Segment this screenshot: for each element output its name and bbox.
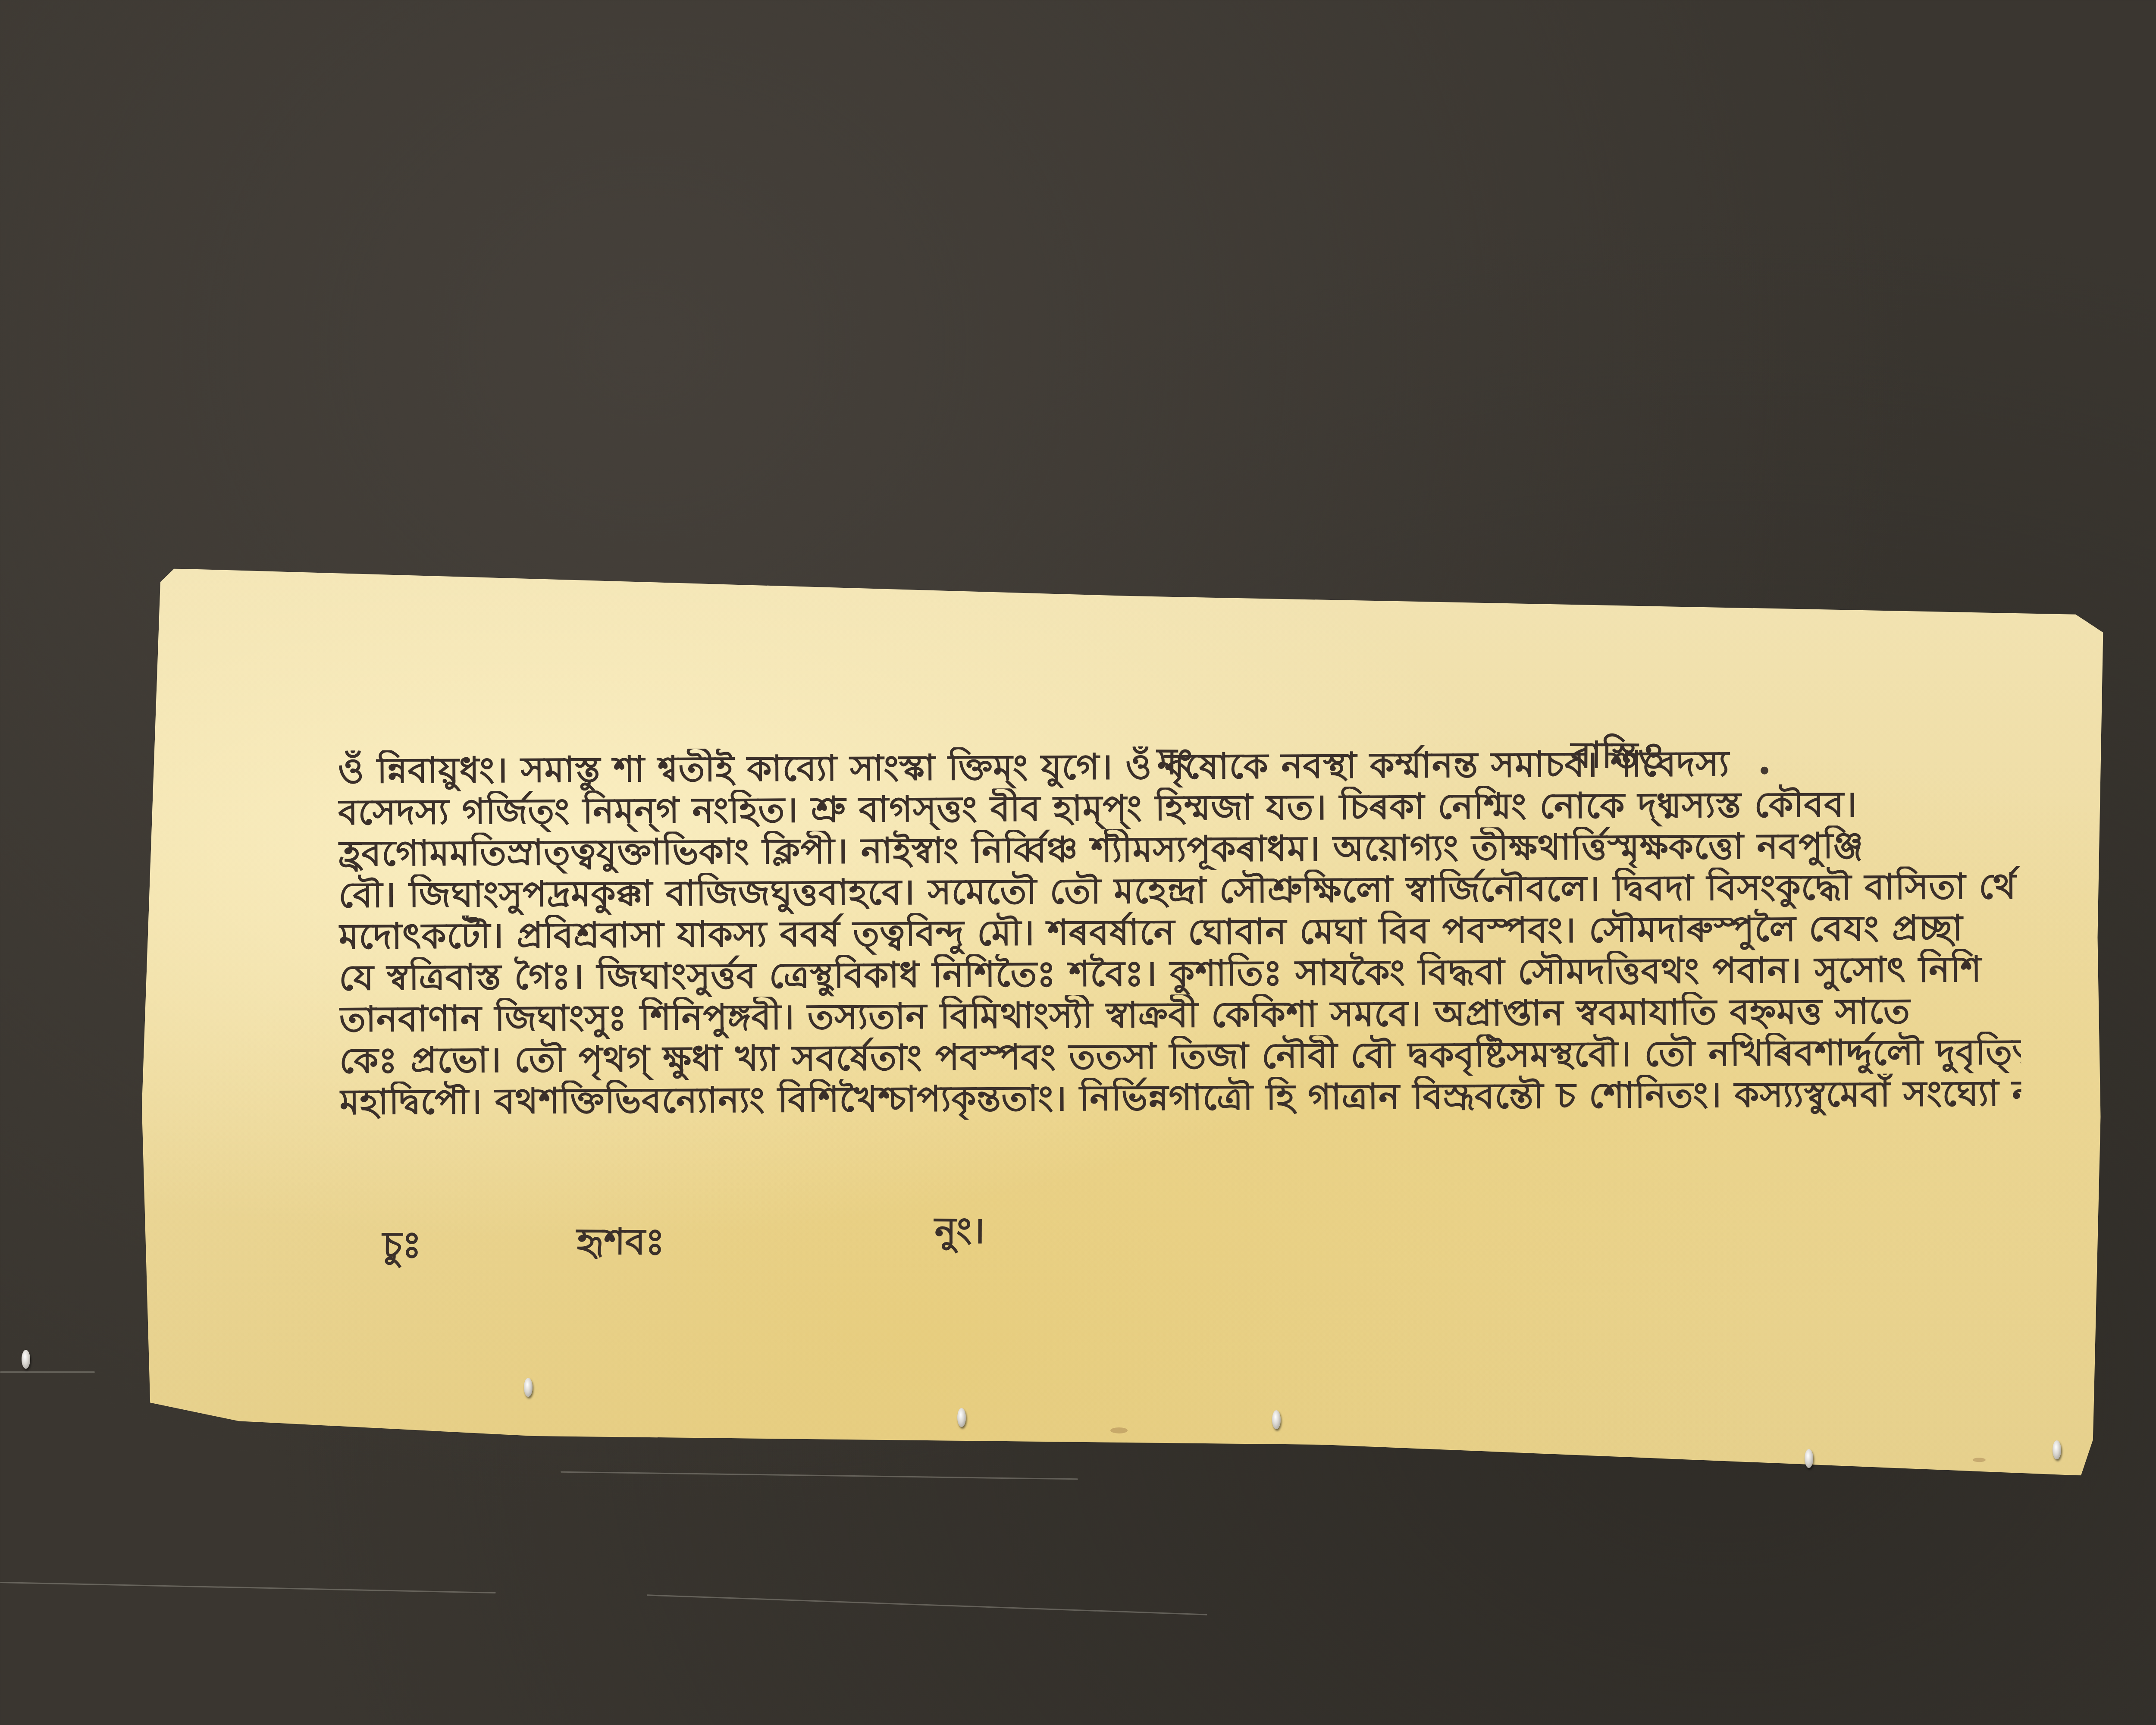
bottom-margin-note-center-left: হৃশবঃ — [577, 1213, 665, 1274]
mounting-pin — [22, 1350, 30, 1369]
manuscript-line-9: মহাদ্বিপৌ। বথশক্তিভিবন্যোন্যং বিশিখৈশ্চা… — [339, 1073, 2021, 1123]
bottom-margin-note-center: নুং। — [934, 1202, 985, 1264]
mounting-pin — [2053, 1440, 2061, 1459]
ink-stain — [1110, 1427, 1128, 1433]
mounting-pin — [957, 1408, 966, 1427]
mounting-pin — [1272, 1410, 1281, 1429]
bottom-margin-note-left: চুঃ — [382, 1217, 422, 1277]
felt-scratch — [0, 1371, 95, 1373]
felt-scratch — [561, 1471, 1078, 1480]
felt-scratch — [0, 1582, 496, 1593]
mounting-pin — [1805, 1449, 1813, 1468]
manuscript-folio: মং বাস্তিও ওঁ ন্নিবায়ুধং। সমাস্তু শা শ্… — [140, 568, 2115, 1476]
felt-scratch — [647, 1594, 1207, 1615]
mounting-pin — [524, 1378, 533, 1397]
ink-stain — [1973, 1458, 1986, 1462]
manuscript-text-block: ওঁ ন্নিবায়ুধং। সমাস্তু শা শ্বতীই কাব্যো… — [338, 742, 2021, 1123]
